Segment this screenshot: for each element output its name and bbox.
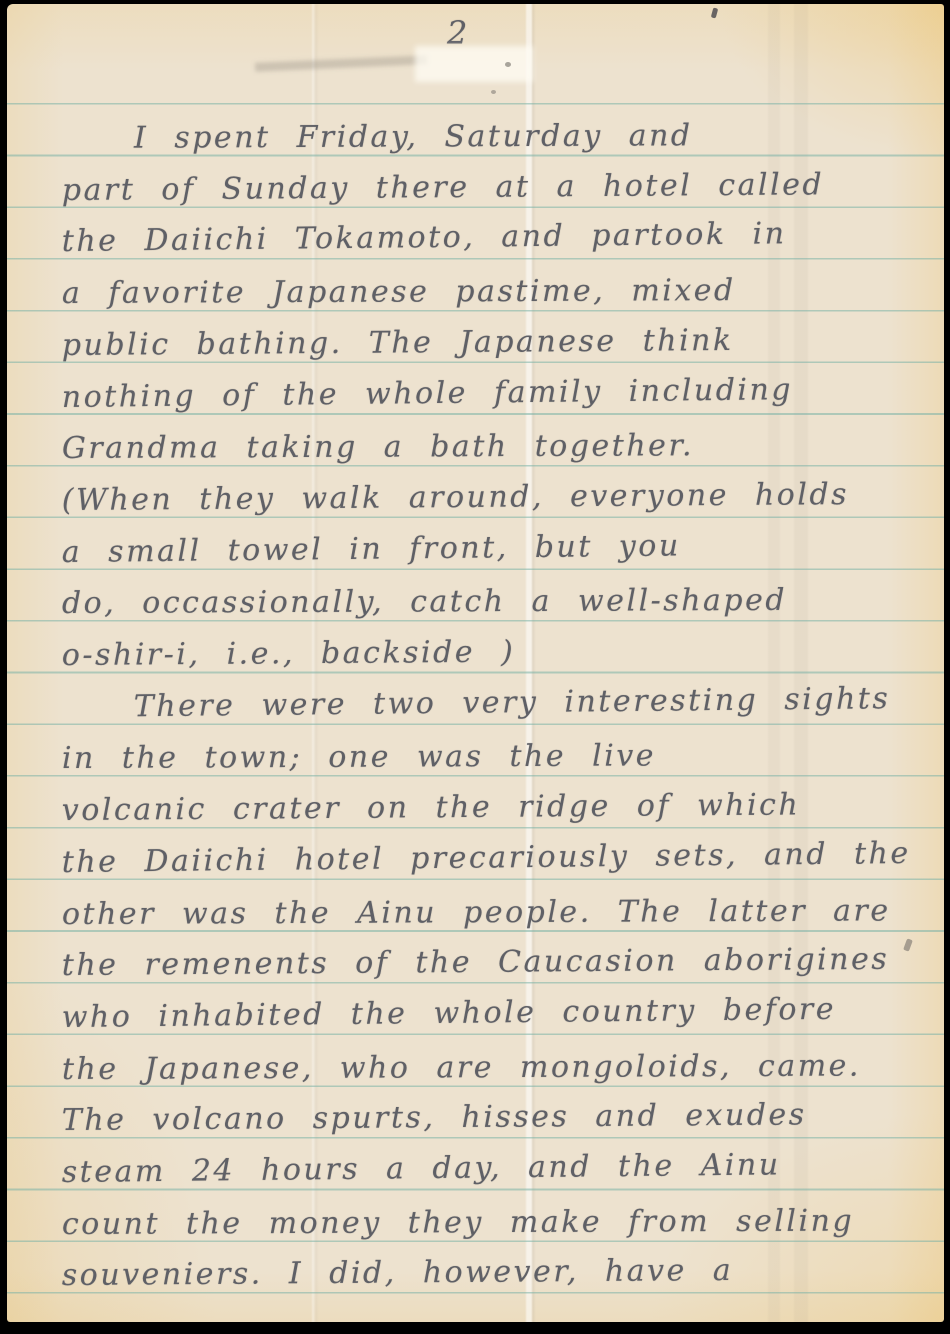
page-number: 2	[447, 14, 467, 52]
handwritten-line: nothing of the whole family including	[62, 362, 934, 417]
letter-page: 2 I spent Friday, Saturday andpart of Su…	[7, 4, 944, 1322]
handwritten-line: part of Sunday there at a hotel called	[62, 158, 934, 211]
handwritten-line: the Daiichi hotel precariously sets, and…	[62, 828, 934, 883]
handwritten-line: a small towel in front, but you	[62, 517, 934, 572]
handwritten-line: I spent Friday, Saturday and	[62, 109, 934, 159]
handwritten-line: other was the Ainu people. The latter ar…	[62, 885, 934, 935]
handwritten-line: count the money they make from selling	[62, 1195, 934, 1245]
handwritten-line: volcanic crater on the ridge of which	[62, 779, 934, 832]
pencil-smudge	[255, 55, 427, 71]
handwritten-line: who inhabited the whole country before	[62, 983, 934, 1038]
handwritten-line: souveniers. I did, however, have a	[62, 1244, 934, 1297]
handwritten-line: the Japanese, who are mongoloids, came.	[62, 1040, 934, 1090]
scanned-letter: 2 I spent Friday, Saturday andpart of Su…	[0, 0, 950, 1334]
handwritten-line: Grandma taking a bath together.	[62, 419, 934, 469]
eraser-patch	[415, 46, 533, 82]
handwritten-line: the Daiichi Tokamoto, and partook in	[62, 207, 934, 262]
stray-pencil-mark	[505, 62, 511, 67]
handwritten-line: a favorite Japanese pastime, mixed	[62, 264, 934, 314]
handwritten-line: the remenents of the Caucasion aborigine…	[62, 934, 934, 987]
handwritten-line: in the town; one was the live	[62, 730, 934, 780]
handwritten-line: o-shir-i, i.e., backside )	[62, 623, 934, 676]
handwritten-line: public bathing. The Japanese think	[62, 313, 934, 366]
handwritten-line: The volcano spurts, hisses and exudes	[62, 1089, 934, 1142]
stray-pencil-mark	[491, 90, 496, 94]
handwritten-line: There were two very interesting sights	[62, 672, 934, 727]
handwritten-line: (When they walk around, everyone holds	[62, 468, 934, 521]
handwritten-line: steam 24 hours a day, and the Ainu	[62, 1138, 934, 1193]
stray-pencil-mark	[711, 8, 718, 19]
handwritten-line: do, occassionally, catch a well-shaped	[62, 574, 934, 624]
